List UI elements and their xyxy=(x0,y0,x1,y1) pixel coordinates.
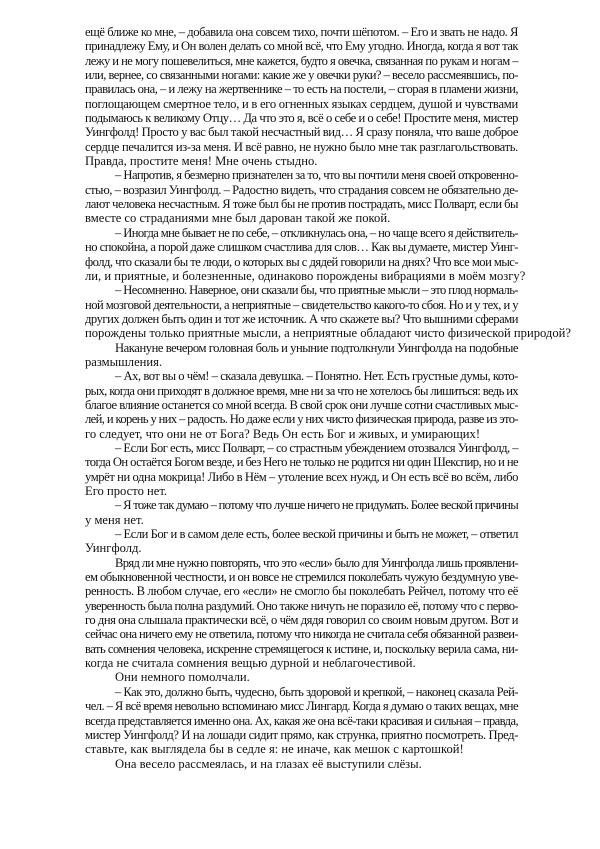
text-line: когда не считала сомнения вещью дурной и… xyxy=(85,656,518,670)
text-line: Она весело рассмеялась, и на глазах её в… xyxy=(85,757,518,771)
text-line: лежу и не могу пошевелиться, мне кажется… xyxy=(85,54,518,68)
text-line: ставьте, как выглядела бы в седле я: не … xyxy=(85,742,518,756)
document-page: ещё ближе ко мне, – добавила она совсем … xyxy=(85,25,518,771)
text-line: Его просто нет. xyxy=(85,484,518,498)
text-line: го следует, что они не от Бога? Ведь Он … xyxy=(85,427,518,441)
text-line: чел. – Я всё время невольно вспоминаю ми… xyxy=(85,699,518,713)
text-line: у меня нет. xyxy=(85,513,518,527)
text-line: поглощающем смертное тело, и в его огнен… xyxy=(85,97,518,111)
text-line: всегда представляется именно она. Ах, ка… xyxy=(85,714,518,728)
text-line: Правда, простите меня! Мне очень стыдно. xyxy=(85,154,518,168)
text-line: – Как это, должно быть, чудесно, быть зд… xyxy=(85,685,518,699)
text-line: – Иногда мне бывает не по себе, – отклик… xyxy=(85,226,518,240)
text-line: Они немного помолчали. xyxy=(85,670,518,684)
text-line: Накануне вечером головная боль и уныние … xyxy=(85,341,518,355)
text-line: но спокойна, а порой даже слишком счастл… xyxy=(85,240,518,254)
text-line: стью, – возразил Уингфолд. – Радостно ви… xyxy=(85,183,518,197)
text-line: – Я тоже так думаю – потому что лучше ни… xyxy=(85,498,518,512)
text-line: вать сомнения человека, искренне стремящ… xyxy=(85,642,518,656)
text-line: или, вернее, со связанными ногами: какие… xyxy=(85,68,518,82)
text-line: ем обыкновенной честности, и он вовсе не… xyxy=(85,570,518,584)
text-line: – Если Бог есть, мисс Полварт, – со стра… xyxy=(85,441,518,455)
text-line: сейчас она ничего ему не ответила, потом… xyxy=(85,627,518,641)
text-line: – Напротив, я безмерно признателен за то… xyxy=(85,168,518,182)
text-line: лей, и корень у них – радость. Но даже е… xyxy=(85,412,518,426)
text-line: мистер Уингфолд? И на лошади сидит прямо… xyxy=(85,728,518,742)
text-line: благое влияние останется со мной всегда.… xyxy=(85,398,518,412)
text-line: ной мозговой деятельности, а неприятные … xyxy=(85,298,518,312)
text-line: порождены только приятные мысли, а непри… xyxy=(85,326,518,340)
text-line: вместе со страданиями мне был дарован та… xyxy=(85,211,518,225)
text-line: ренность. В любом случае, его «если» не … xyxy=(85,584,518,598)
text-line: Уингфолд. xyxy=(85,541,518,555)
text-line: ещё ближе ко мне, – добавила она совсем … xyxy=(85,25,518,39)
text-line: – Если Бог и в самом деле есть, более ве… xyxy=(85,527,518,541)
text-line: лают человека несчастным. Я тоже был бы … xyxy=(85,197,518,211)
text-line: фолд, что сказали бы те люди, о которых … xyxy=(85,255,518,269)
text-line: ли, и приятные, и болезненные, одинаково… xyxy=(85,269,518,283)
text-line: рых, когда они приходят в должное время,… xyxy=(85,384,518,398)
text-line: тогда Он остаётся Богом везде, и без Нег… xyxy=(85,455,518,469)
text-line: других должен быть один и тот же источни… xyxy=(85,312,518,326)
text-line: уверенность была полна раздумий. Оно так… xyxy=(85,599,518,613)
text-line: размышления. xyxy=(85,355,518,369)
text-line: умрёт ни одна мокрица! Либо в Нём – утол… xyxy=(85,470,518,484)
text-line: Вряд ли мне нужно повторять, что это «ес… xyxy=(85,556,518,570)
text-line: го дня она слышала практически всё, о чё… xyxy=(85,613,518,627)
text-line: правилась она, – и лежу на жертвеннике –… xyxy=(85,82,518,96)
text-line: подымаюсь к великому Отцу… Да что это я,… xyxy=(85,111,518,125)
text-line: – Ах, вот вы о чём! – сказала девушка. –… xyxy=(85,369,518,383)
text-line: принадлежу Ему, и Он волен делать со мно… xyxy=(85,39,518,53)
text-line: Уингфолд! Просто у вас был такой несчаст… xyxy=(85,125,518,139)
text-line: сердце печалится из-за меня. И всё равно… xyxy=(85,140,518,154)
text-line: – Несомненно. Наверное, они сказали бы, … xyxy=(85,283,518,297)
